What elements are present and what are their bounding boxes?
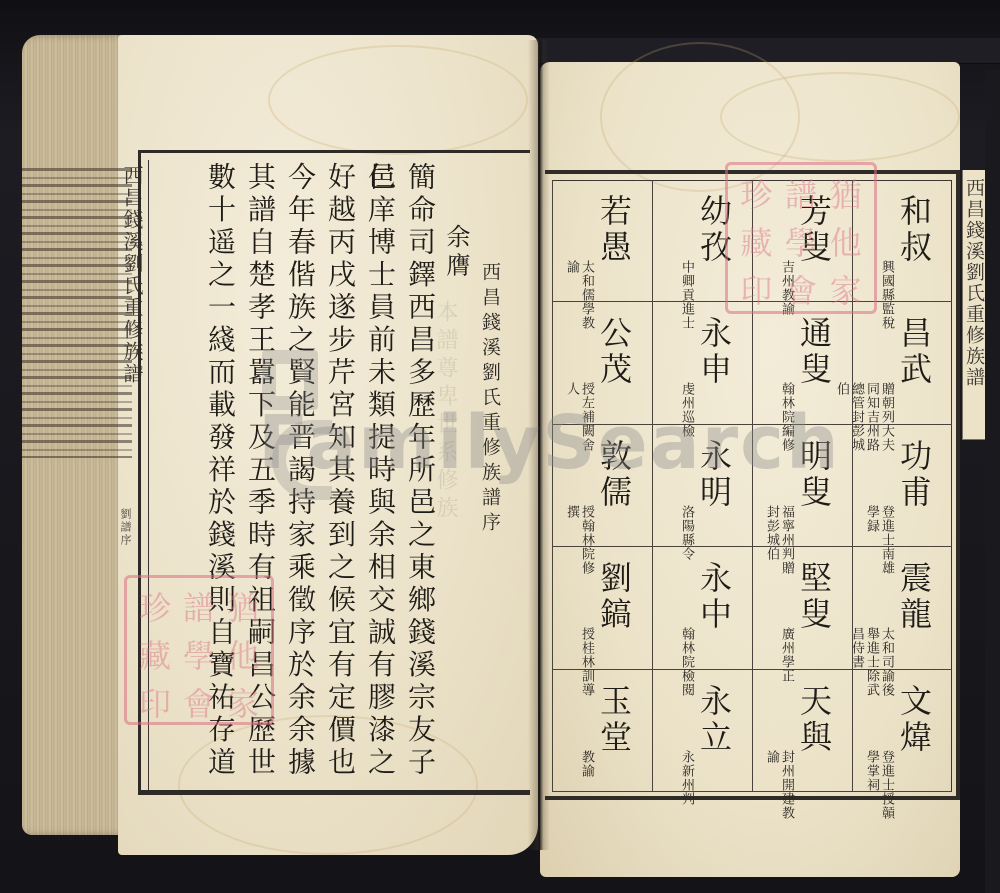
seal-glyph: 學 [177, 632, 221, 680]
genealogy-cell: 玉堂教諭 [552, 670, 652, 792]
seal-glyph: 猶 [221, 584, 265, 632]
seal-glyph: 藏 [734, 219, 779, 267]
person-name: 劉鎬 [594, 561, 634, 633]
seal-glyph: 珍 [734, 171, 779, 219]
seal-glyph: 譜 [779, 171, 824, 219]
person-note: 登進士授贑學掌祠 [864, 750, 894, 822]
person-name: 震龍 [894, 561, 934, 633]
margin-note: 劉譜序 [117, 508, 133, 547]
seal-glyph: 印 [734, 267, 779, 315]
seal-glyph: 學 [779, 219, 824, 267]
collection-seal: 猶 譜 珍 他 學 藏 家 會 印 [725, 162, 877, 314]
person-name: 永中 [694, 561, 734, 633]
genealogy-cell: 天與封州開建教諭 [752, 670, 852, 792]
genealogy-cell: 劉鎬授桂林訓導 [552, 547, 652, 669]
dark-background-edge [985, 70, 1000, 893]
person-name: 通叟 [794, 316, 834, 388]
genealogy-cell: 震龍太和司諭後舉進士除武昌侍書 [852, 547, 952, 669]
genealogy-cell: 若愚太和儒學教諭 [552, 180, 652, 302]
seal-glyph: 家 [823, 267, 868, 315]
person-name: 玉堂 [594, 684, 634, 756]
familysearch-watermark: FamilySearch [258, 400, 841, 486]
seal-glyph: 會 [779, 267, 824, 315]
page-edge-print-bleed [22, 168, 132, 458]
seal-glyph: 猶 [823, 171, 868, 219]
collection-seal: 猶 譜 珍 他 學 藏 家 會 印 [124, 575, 274, 725]
seal-glyph: 家 [221, 680, 265, 728]
person-note: 永新州判 [679, 750, 694, 806]
seal-glyph: 印 [133, 680, 177, 728]
person-note: 封州開建教諭 [764, 750, 794, 822]
seal-glyph: 會 [177, 680, 221, 728]
person-name: 公茂 [594, 316, 634, 388]
genealogy-cell: 永立永新州判 [652, 670, 752, 792]
seal-glyph: 珍 [133, 584, 177, 632]
person-name: 永立 [694, 684, 734, 756]
person-name: 文煒 [894, 684, 934, 756]
person-name: 功甫 [894, 439, 934, 511]
seal-glyph: 譜 [177, 584, 221, 632]
person-name: 永申 [694, 316, 734, 388]
person-name: 若愚 [594, 194, 634, 266]
person-name: 天與 [794, 684, 834, 756]
genealogy-cell: 永中翰林院檢閱 [652, 547, 752, 669]
person-note: 教諭 [579, 750, 594, 778]
genealogy-cell: 文煒登進士授贑學掌祠 [852, 670, 952, 792]
person-name: 堅叟 [794, 561, 834, 633]
genealogy-cell: 昌武贈朝列大夫同知吉州路總管封彭城伯 [852, 302, 952, 424]
person-name: 昌武 [894, 316, 934, 388]
seal-glyph: 藏 [133, 632, 177, 680]
seal-glyph: 他 [221, 632, 265, 680]
genealogy-cell: 功甫登進士南雄學録 [852, 425, 952, 547]
seal-glyph: 他 [823, 219, 868, 267]
person-name: 和叔 [894, 194, 934, 266]
water-stain [720, 72, 960, 162]
genealogy-cell: 堅叟廣州學正 [752, 547, 852, 669]
water-stain [268, 45, 528, 155]
